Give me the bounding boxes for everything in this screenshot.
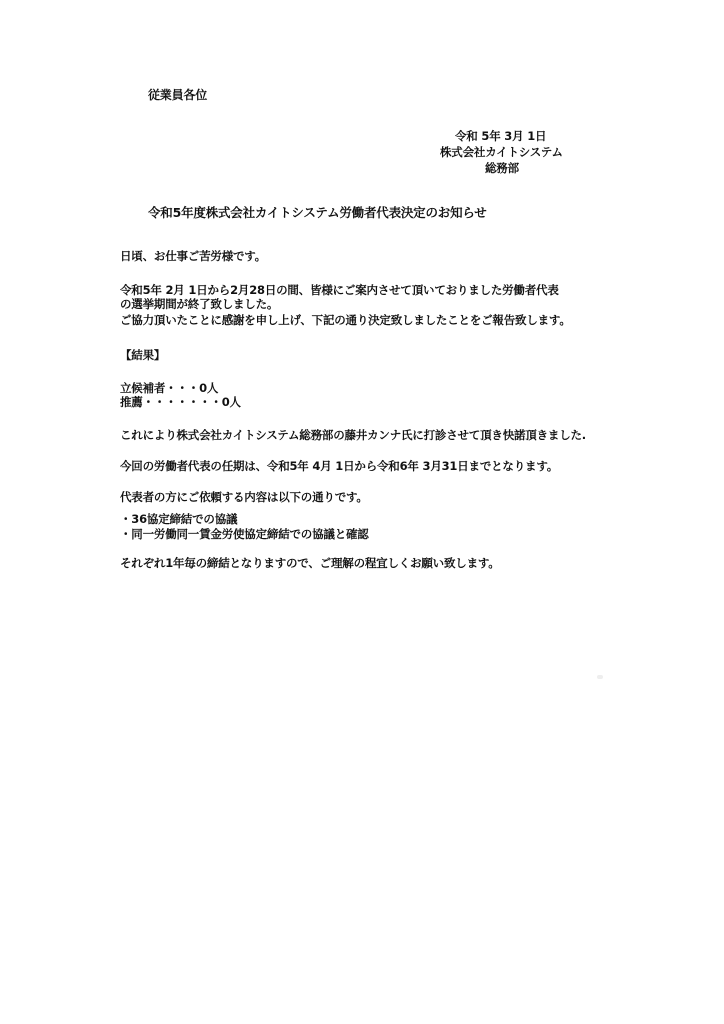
- document-page: 従業員各位 令和 5年 3月 1日 株式会社カイトシステム 総務部 令和5年度株…: [0, 0, 724, 1024]
- addressee: 従業員各位: [148, 88, 207, 102]
- company-name: 株式会社カイトシステム: [440, 145, 563, 159]
- department-name: 総務部: [485, 161, 519, 175]
- closing-statement: それぞれ1年毎の締結となりますので、ご理解の程宜しくお願い致します。: [120, 556, 500, 570]
- greeting: 日頃、お仕事ご苦労様です。: [120, 249, 266, 263]
- request-intro: 代表者の方にご依頼する内容は以下の通りです。: [120, 490, 368, 504]
- list-item: ・36協定締結での協議: [120, 512, 237, 526]
- accepted-statement: これにより株式会社カイトシステム総務部の藤井カンナ氏に打診させて頂き快諾頂きまし…: [120, 428, 586, 442]
- recommendations-count: 推薦・・・・・・・0人: [120, 395, 241, 409]
- paragraph-line: の選挙期間が終了致しました。: [120, 297, 278, 311]
- term-statement: 今回の労働者代表の任期は、令和5年 4月 1日から令和6年 3月31日までとなり…: [120, 459, 558, 473]
- issue-date: 令和 5年 3月 1日: [455, 129, 546, 143]
- paragraph-line: 令和5年 2月 1日から2月28日の間、皆様にご案内させて頂いておりました労働者…: [120, 283, 559, 297]
- list-item: ・同一労働同一賃金労使協定締結での協議と確認: [120, 527, 369, 541]
- paragraph-line: ご協力頂いたことに感謝を申し上げ、下記の通り決定致しましたことをご報告致します。: [120, 313, 571, 327]
- scan-artifact: [597, 675, 603, 679]
- document-title: 令和5年度株式会社カイトシステム労働者代表決定のお知らせ: [148, 206, 487, 220]
- candidates-count: 立候補者・・・0人: [120, 381, 218, 395]
- result-heading: 【結果】: [120, 348, 165, 362]
